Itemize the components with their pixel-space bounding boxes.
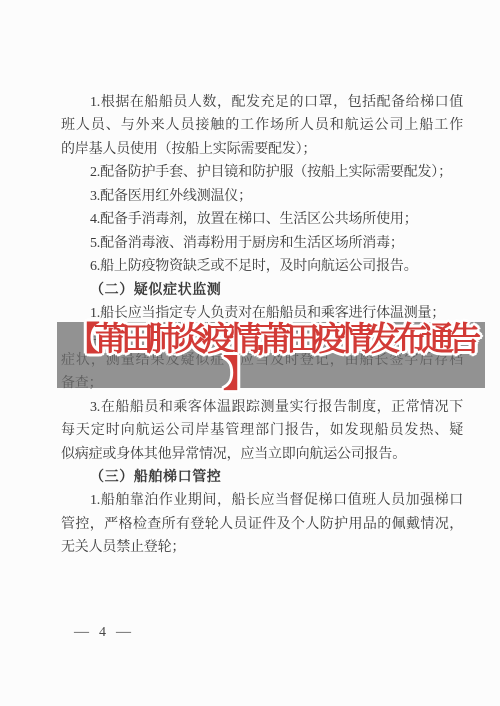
- doc-line: 每天定时向航运公司岸基管理部门报告，如发现船员发热、疑: [61, 419, 463, 442]
- doc-line: 1.根据在船船员人数，配发充足的口罩，包括配备给梯口值: [61, 91, 463, 114]
- doc-line: 3.在船船员和乘客体温跟踪测量实行报告制度，正常情况下: [61, 396, 463, 419]
- document-page: 1.根据在船船员人数，配发充足的口罩，包括配备给梯口值 班人员、与外来人员接触的…: [0, 0, 500, 706]
- footer-dash-right: —: [116, 624, 131, 640]
- doc-line: 5.配备消毒液、消毒粉用于厨房和生活区场所消毒；: [61, 232, 463, 255]
- doc-line: 班人员、与外来人员接触的工作场所人员和航运公司上船工作: [61, 114, 463, 137]
- footer-number: 4: [99, 625, 106, 640]
- banner-closing-bracket: 】: [57, 357, 425, 391]
- section-heading: （三）船舶梯口管控: [61, 466, 463, 489]
- banner-title-text: 【莆田肺炎疫情,莆田疫情发布通告: [57, 320, 485, 357]
- doc-line: 2.配备防护手套、护目镜和防护服（按船上实际需要配发）；: [61, 161, 463, 184]
- doc-line: 6.船上防疫物资缺乏或不足时，及时向航运公司报告。: [61, 255, 463, 278]
- doc-line: 似病症或身体其他异常情况，应当立即向航运公司报告。: [61, 443, 463, 466]
- doc-line: 的岸基人员使用（按船上实际需要配发）；: [61, 138, 463, 161]
- footer-dash-left: —: [74, 624, 89, 640]
- doc-line: 管控，严格检查所有登轮人员证件及个人防护用品的佩戴情况，: [61, 513, 463, 536]
- doc-line: 3.配备医用红外线测温仪；: [61, 185, 463, 208]
- doc-line: 4.配备手消毒剂，放置在梯口、生活区公共场所使用；: [61, 208, 463, 231]
- page-number: —4—: [74, 624, 131, 641]
- doc-line: 无关人员禁止登轮；: [61, 536, 463, 559]
- doc-line: 1.船舶靠泊作业期间，船长应当督促梯口值班人员加强梯口: [61, 489, 463, 512]
- watermark-banner: 【莆田肺炎疫情,莆田疫情发布通告 】: [57, 320, 485, 391]
- section-heading: （二）疑似症状监测: [61, 279, 463, 302]
